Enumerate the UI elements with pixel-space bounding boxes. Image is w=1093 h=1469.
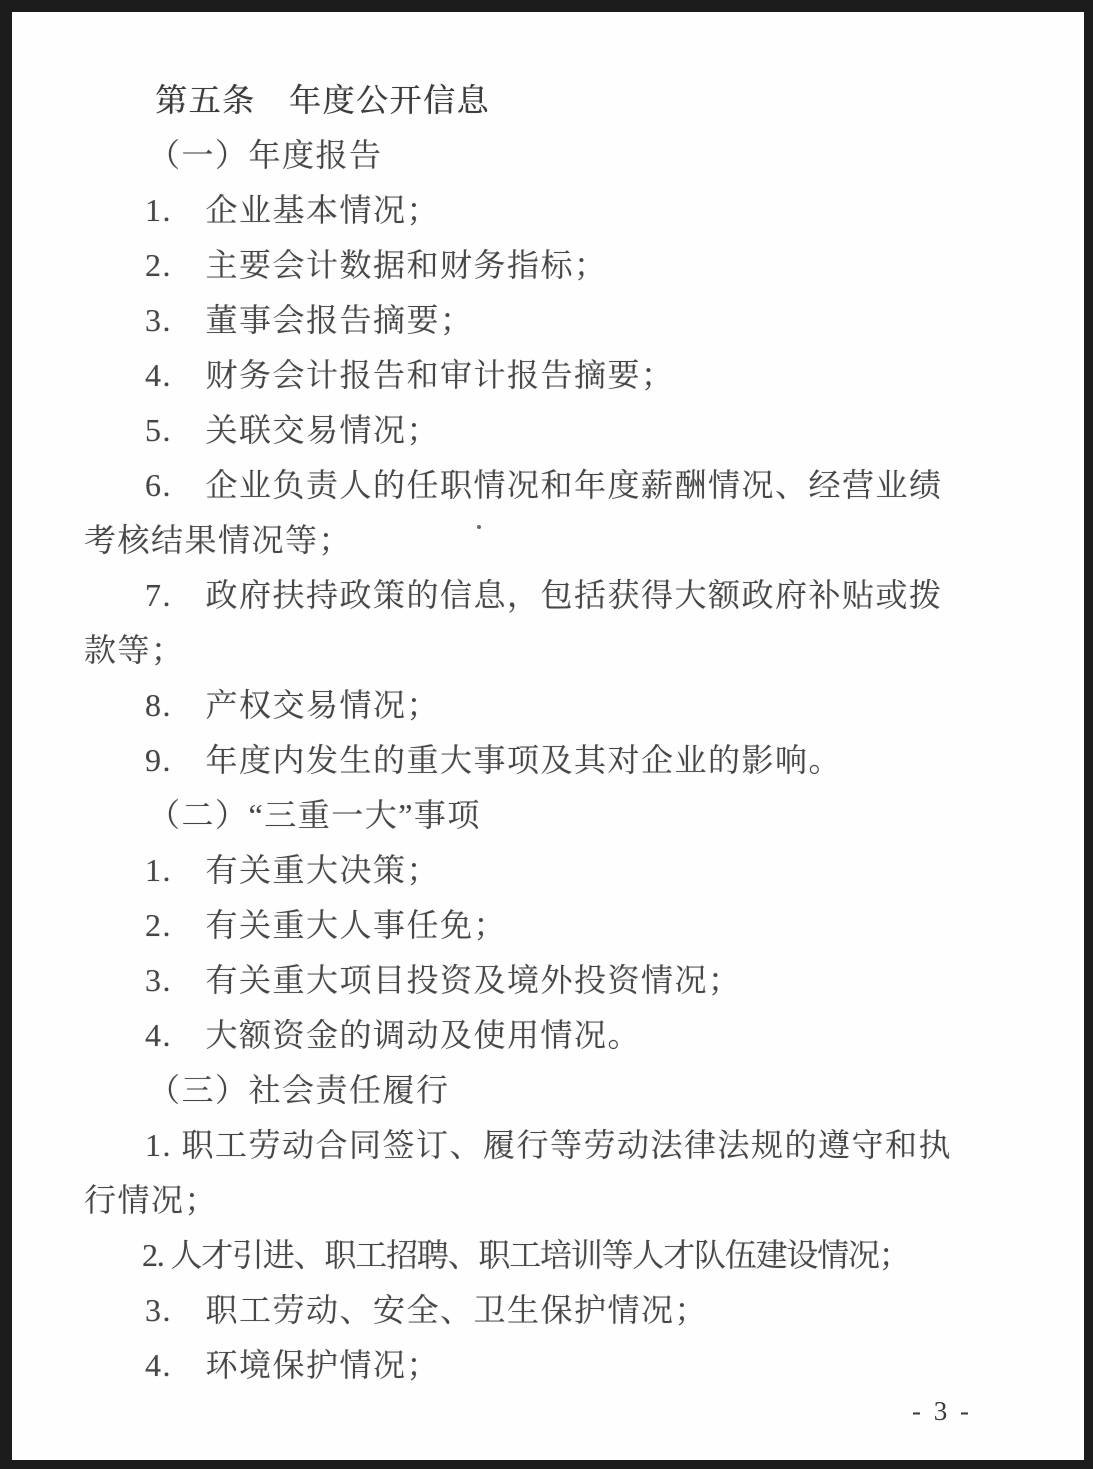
- list-item: 1. 有关重大决策；: [84, 843, 984, 898]
- list-item: 8. 产权交易情况；: [84, 678, 984, 733]
- section-heading: （二）“三重一大”事项: [84, 788, 984, 843]
- list-item-continuation: 行情况；: [84, 1173, 984, 1228]
- list-item: 5. 关联交易情况；: [84, 403, 984, 458]
- list-item: 2. 有关重大人事任免；: [84, 898, 984, 953]
- list-item-continuation: 款等；: [84, 623, 984, 678]
- document-body: 第五条 年度公开信息 （一）年度报告 1. 企业基本情况； 2. 主要会计数据和…: [84, 73, 984, 1393]
- section-heading: （一）年度报告: [84, 128, 984, 183]
- list-item: 2. 主要会计数据和财务指标；: [84, 238, 984, 293]
- list-item: 3. 有关重大项目投资及境外投资情况；: [84, 953, 984, 1008]
- list-item: 4. 环境保护情况；: [84, 1338, 984, 1393]
- page-number: - 3 -: [912, 1396, 972, 1427]
- article-heading: 第五条 年度公开信息: [84, 73, 984, 128]
- list-item: 2. 人才引进、职工招聘、职工培训等人才队伍建设情况；: [84, 1228, 984, 1283]
- list-item: 6. 企业负责人的任职情况和年度薪酬情况、经营业绩: [84, 458, 984, 513]
- list-item: 1. 职工劳动合同签订、履行等劳动法律法规的遵守和执: [84, 1118, 984, 1173]
- list-item: 9. 年度内发生的重大事项及其对企业的影响。: [84, 733, 984, 788]
- scanned-page-frame: 第五条 年度公开信息 （一）年度报告 1. 企业基本情况； 2. 主要会计数据和…: [0, 0, 1093, 1469]
- list-item: 3. 董事会报告摘要；: [84, 293, 984, 348]
- list-item: 3. 职工劳动、安全、卫生保护情况；: [84, 1283, 984, 1338]
- document-page: 第五条 年度公开信息 （一）年度报告 1. 企业基本情况； 2. 主要会计数据和…: [12, 12, 1084, 1460]
- list-item: 1. 企业基本情况；: [84, 183, 984, 238]
- list-item: 4. 财务会计报告和审计报告摘要；: [84, 348, 984, 403]
- list-item: 4. 大额资金的调动及使用情况。: [84, 1008, 984, 1063]
- section-heading: （三）社会责任履行: [84, 1063, 984, 1118]
- list-item: 7. 政府扶持政策的信息，包括获得大额政府补贴或拨: [84, 568, 984, 623]
- ink-dot-artifact: [477, 525, 481, 529]
- list-item-continuation: 考核结果情况等；: [84, 513, 984, 568]
